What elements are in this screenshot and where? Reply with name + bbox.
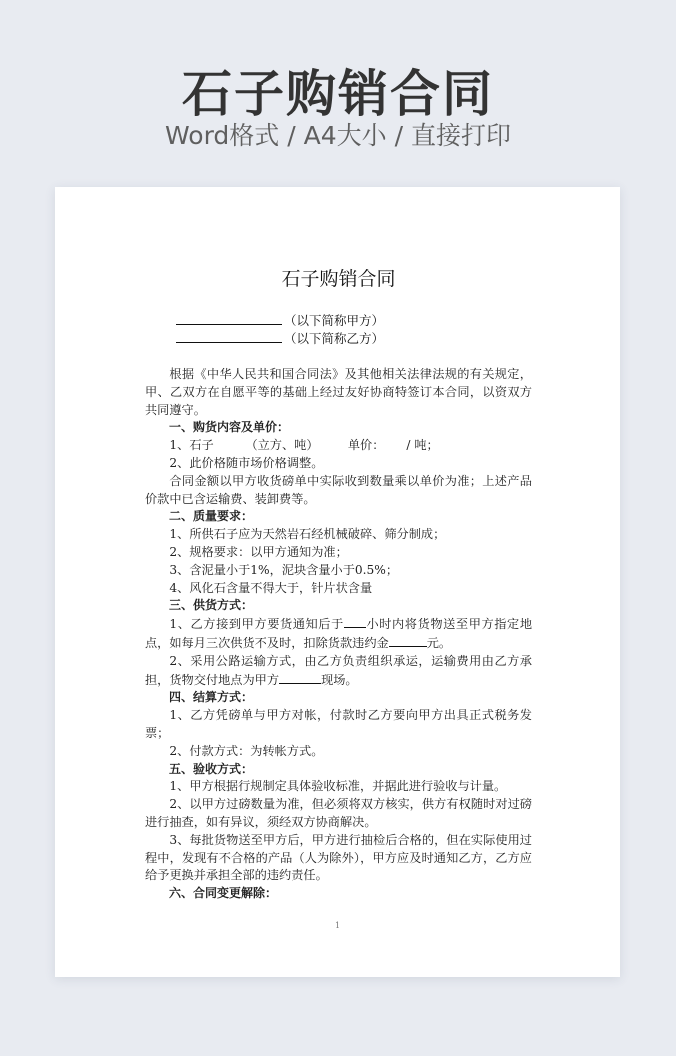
document-page: 石子购销合同 （以下简称甲方） （以下简称乙方） 根据《中华人民共和国合同法》及… [55, 187, 620, 977]
clause-5-2: 2、以甲方过磅数量为准，但必须将双方核实，供方有权随时对过磅进行抽查，如有异议，… [145, 796, 532, 832]
intro-paragraph: 根据《中华人民共和国合同法》及其他相关法律法规的有关规定，甲、乙双方在自愿平等的… [145, 366, 532, 419]
clause-3-1: 1、乙方接到甲方要货通知后于小时内将货物送至甲方指定地点，如每月三次供货不及时，… [145, 615, 532, 653]
section-heading: 二、质量要求： [145, 508, 532, 526]
clause-2-3: 3、含泥量小于1%，泥块含量小于0.5%； [145, 562, 532, 580]
hours-blank[interactable] [344, 615, 366, 628]
party-a-line: （以下简称甲方） [176, 311, 384, 329]
section-heading: 五、验收方式： [145, 761, 532, 779]
clause-4-2: 2、付款方式：为转帐方式。 [145, 743, 532, 761]
clause-1-1: 1、石子（立方、吨）单价：/ 吨； [145, 437, 532, 455]
clause-4-1: 1、乙方凭磅单与甲方对帐，付款时乙方要向甲方出具正式税务发票； [145, 707, 532, 743]
clause-5-3: 3、每批货物送至甲方后，甲方进行抽检后合格的，但在实际使用过程中，发现有不合格的… [145, 832, 532, 885]
party-b-blank[interactable] [176, 329, 282, 343]
banner-title: 石子购销合同 [0, 64, 676, 124]
clause-1-3: 合同金额以甲方收货磅单中实际收到数量乘以单价为准；上述产品价款中已含运输费、装卸… [145, 473, 532, 509]
clause-2-1: 1、所供石子应为天然岩石经机械破碎、筛分制成； [145, 526, 532, 544]
clause-5-1: 1、甲方根据行规制定具体验收标准，并据此进行验收与计量。 [145, 778, 532, 796]
penalty-blank[interactable] [389, 634, 427, 647]
document-title: 石子购销合同 [145, 267, 532, 291]
banner-subtitle: Word格式 / A4大小 / 直接打印 [0, 119, 676, 153]
page-number: 1 [55, 921, 620, 930]
clause-1-2: 2、此价格随市场价格调整。 [145, 455, 532, 473]
clause-3-2: 2、采用公路运输方式，由乙方负责组织承运，运输费用由乙方承担，货物交付地点为甲方… [145, 653, 532, 690]
party-a-blank[interactable] [176, 311, 282, 325]
section-heading: 六、合同变更解除： [145, 885, 532, 903]
contract-text: 根据《中华人民共和国合同法》及其他相关法律法规的有关规定，甲、乙双方在自愿平等的… [145, 366, 532, 903]
delivery-site-blank[interactable] [279, 671, 321, 684]
party-b-label: （以下简称乙方） [284, 331, 384, 346]
party-b-line: （以下简称乙方） [176, 329, 384, 347]
section-heading: 三、供货方式： [145, 597, 532, 615]
clause-2-2: 2、规格要求：以甲方通知为准； [145, 544, 532, 562]
section-heading: 四、结算方式： [145, 689, 532, 707]
party-a-label: （以下简称甲方） [284, 313, 384, 328]
section-heading: 一、购货内容及单价： [145, 419, 532, 437]
clause-2-4: 4、风化石含量不得大于，针片状含量 [145, 580, 532, 598]
